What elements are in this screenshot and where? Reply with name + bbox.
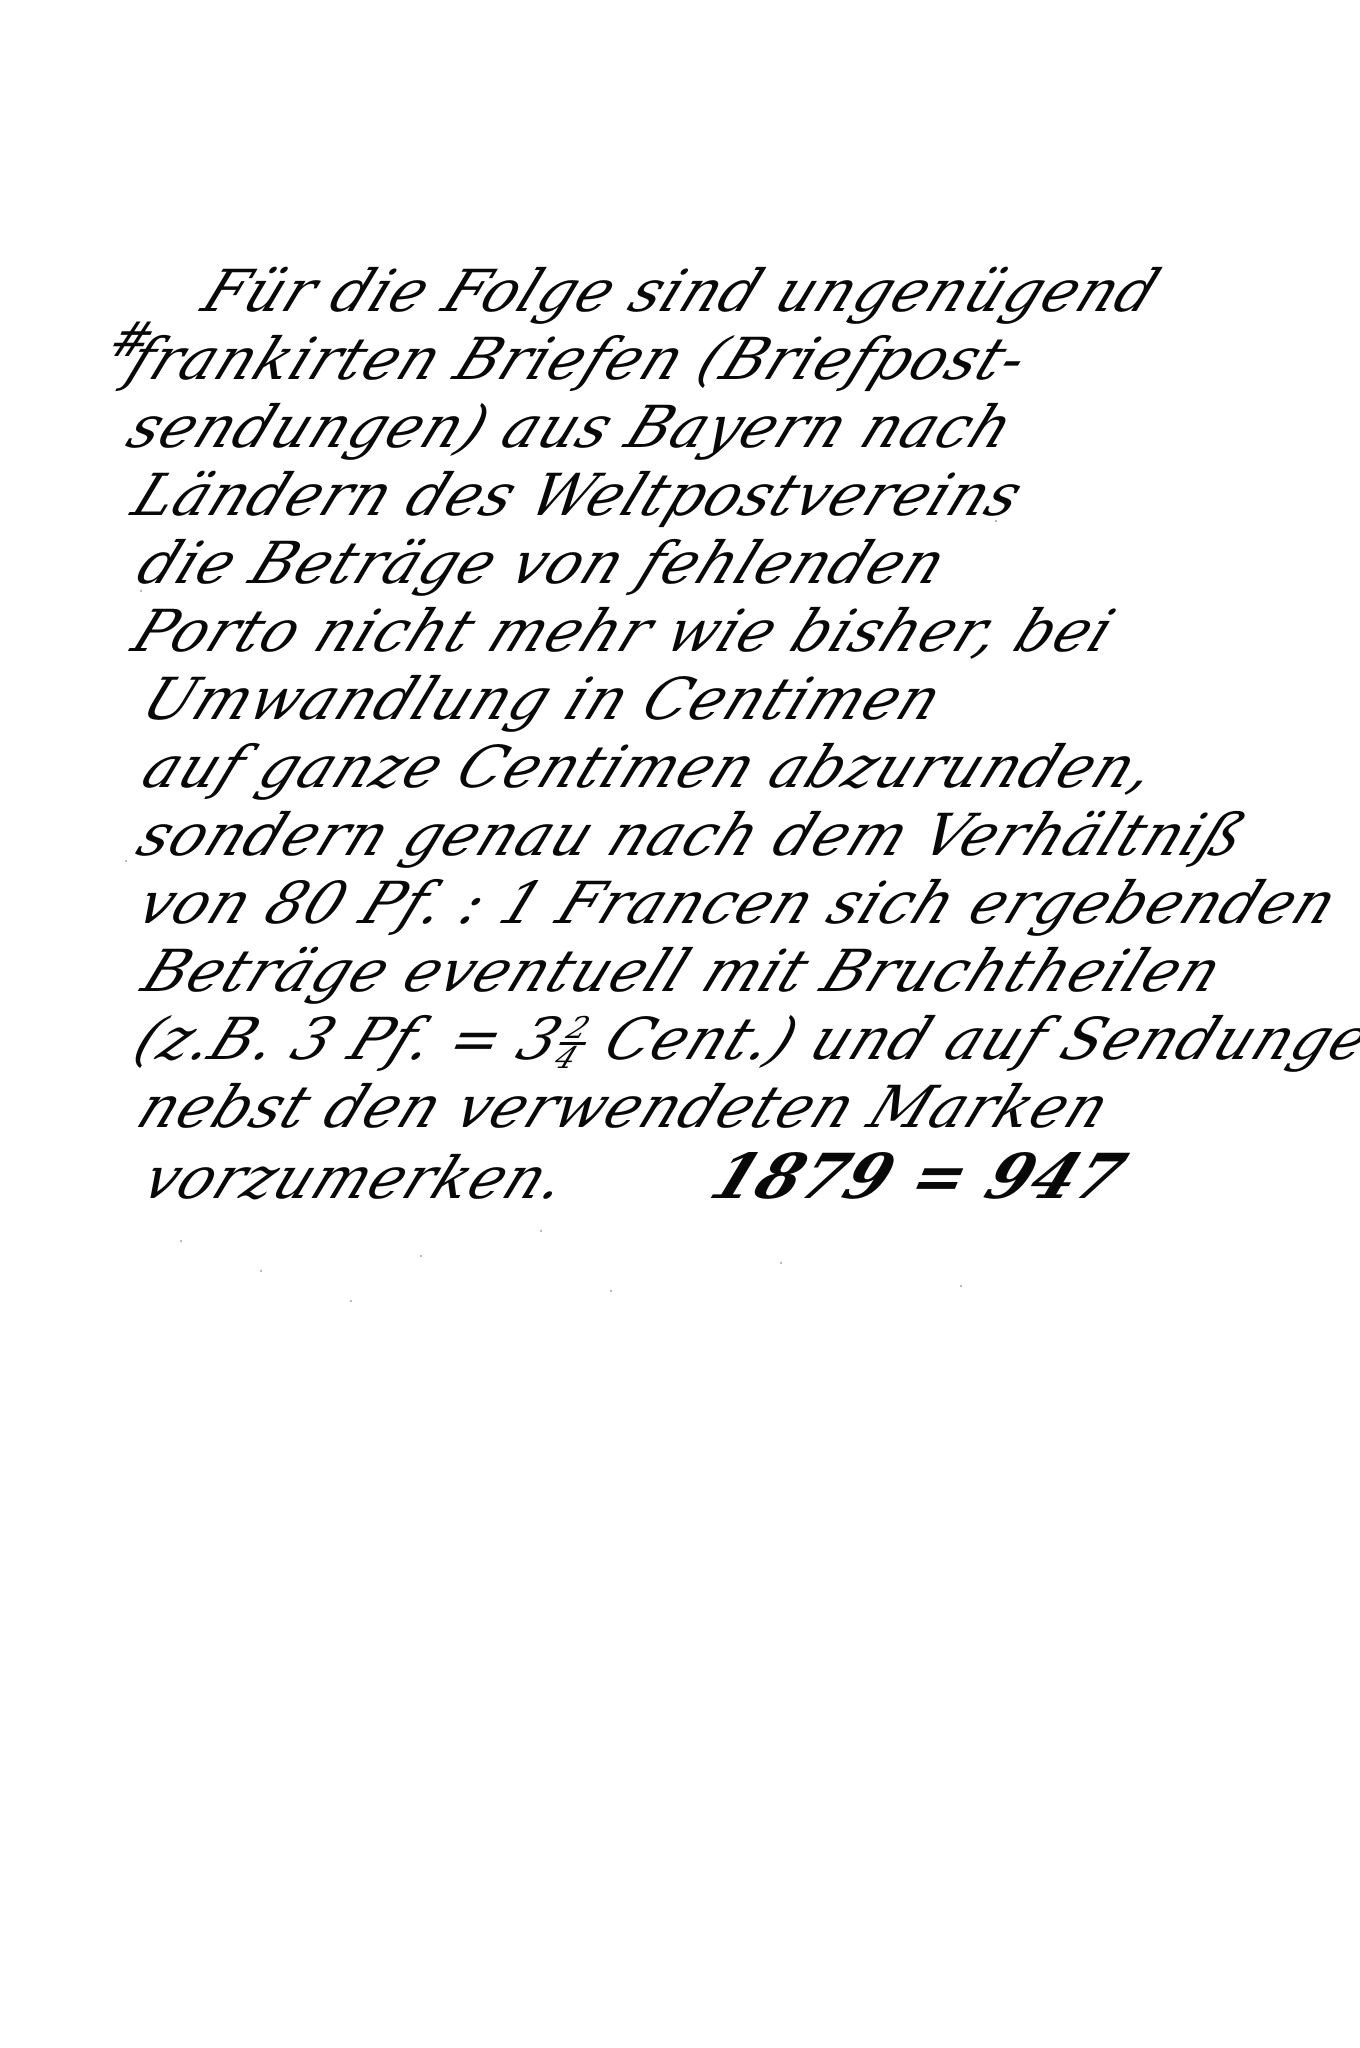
scan-speckle: [1005, 760, 1007, 762]
scan-speckle: [610, 1290, 612, 1292]
manuscript-line-5: die Beträge von fehlenden: [130, 534, 955, 592]
scan-speckle: [125, 860, 127, 862]
line-12-end: Cent.) und auf Sendungen: [576, 1005, 1360, 1073]
manuscript-line-14: vorzumerken.1879 = 947: [135, 1146, 1135, 1208]
scan-speckle: [1010, 1110, 1012, 1112]
manuscript-line-7: Umwandlung in Centimen: [135, 670, 951, 728]
manuscript-line-9: sondern genau nach dem Verhältniß: [130, 806, 1255, 864]
reference-number: 1879 = 947: [701, 1140, 1138, 1213]
manuscript-line-4: Ländern des Weltpostvereins: [125, 466, 1032, 524]
scan-speckle: [540, 1230, 542, 1232]
manuscript-line-10: von 80 Pf. : 1 Francen sich ergebenden: [130, 874, 1346, 932]
scan-speckle: [140, 590, 142, 592]
manuscript-line-1: Für die Folge sind ungenügend: [195, 262, 1168, 320]
scan-speckle: [780, 1262, 782, 1264]
line-14-text: vorzumerken.: [133, 1144, 578, 1212]
scan-speckle: [260, 1270, 262, 1272]
scan-speckle: [350, 1300, 352, 1302]
manuscript-line-6: Porto nicht mehr wie bisher, bei: [125, 602, 1123, 660]
manuscript-line-3: sendungen) aus Bayern nach: [120, 398, 1022, 456]
manuscript-line-2: frankirten Briefen (Briefpost-: [120, 330, 1036, 388]
scan-speckle: [180, 1240, 182, 1242]
manuscript-line-11: Beträge eventuell mit Bruchtheilen: [135, 942, 1231, 1000]
scan-speckle: [990, 980, 992, 982]
scan-speckle: [960, 1285, 962, 1287]
manuscript-line-13: nebst den verwendeten Marken: [130, 1078, 1119, 1136]
scanned-page: # Für die Folge sind ungenügend frankirt…: [0, 0, 1360, 2048]
line-12-start: (z.B. 3 Pf. = 3: [125, 1005, 573, 1073]
manuscript-line-8: auf ganze Centimen abzurunden,: [135, 738, 1165, 796]
scan-speckle: [995, 520, 997, 522]
scan-speckle: [420, 1255, 422, 1257]
manuscript-line-12: (z.B. 3 Pf. = 324 Cent.) und auf Sendung…: [125, 1010, 1360, 1072]
